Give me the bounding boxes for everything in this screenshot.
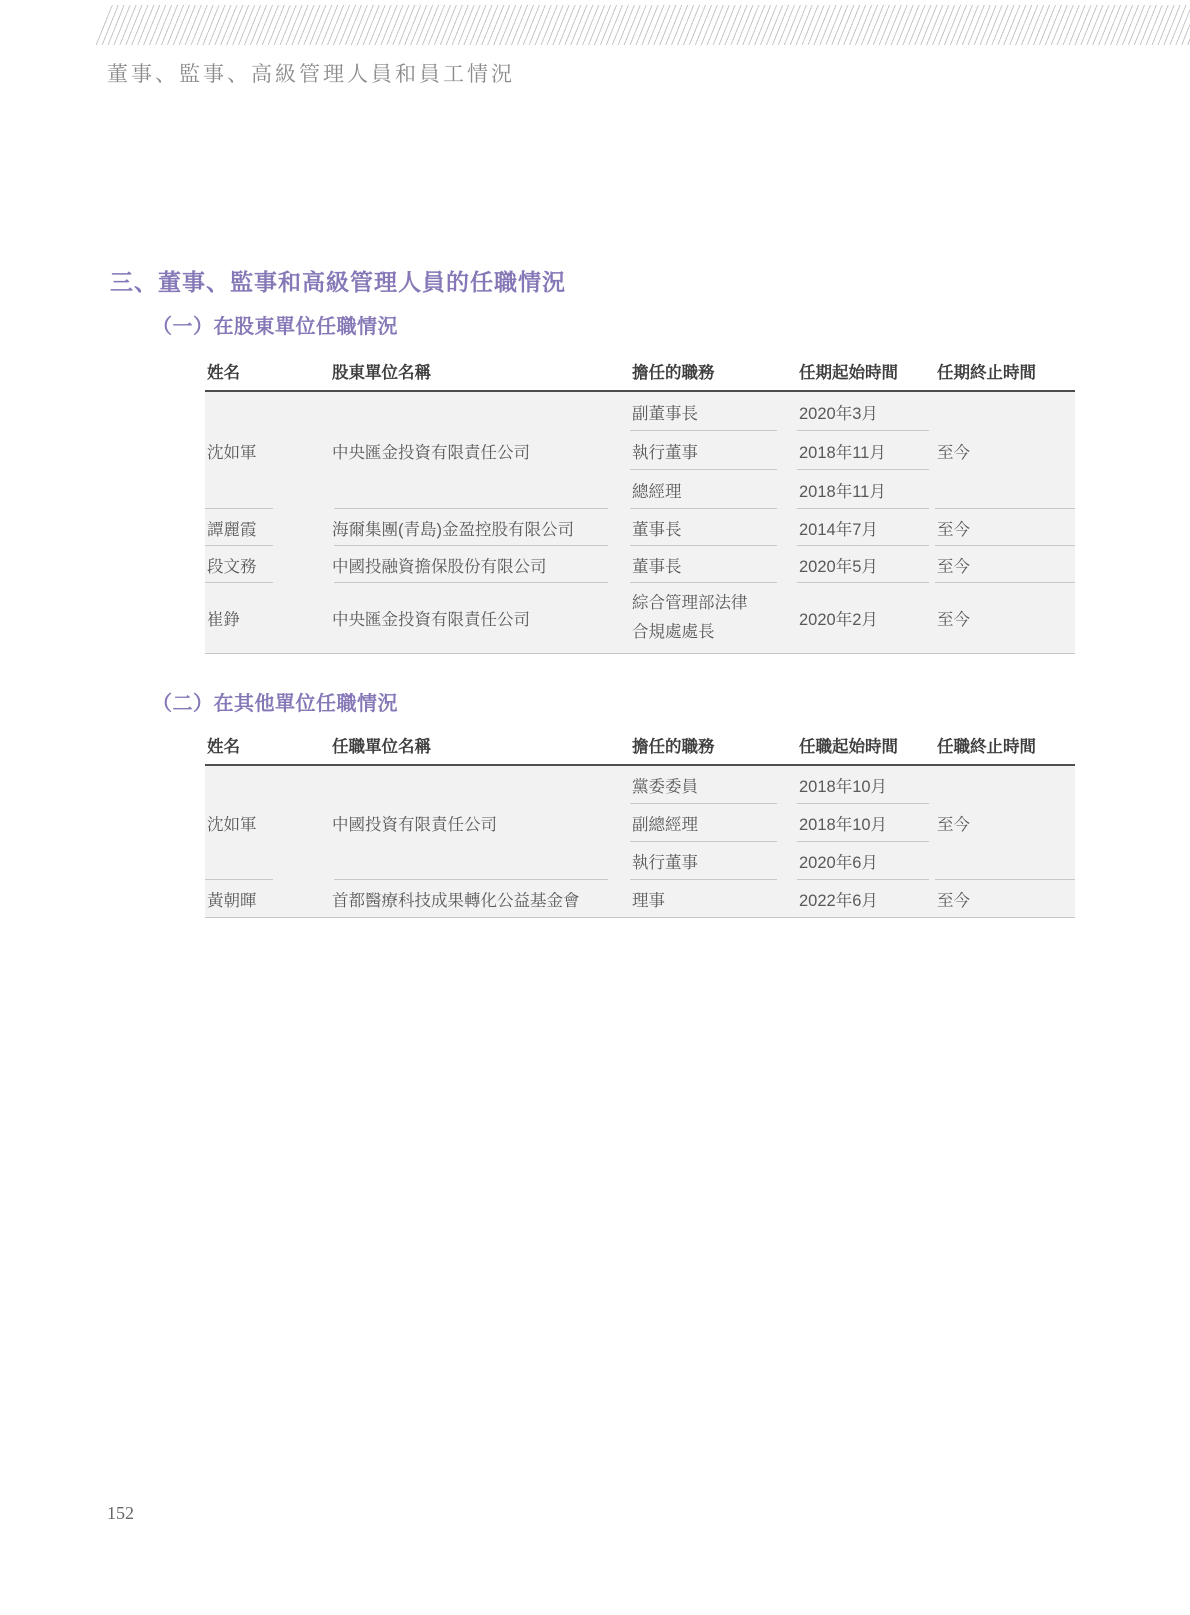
section-title: 三、董事、監事和高級管理人員的任職情況 <box>110 264 566 297</box>
position-subrow: 總經理 2018年11月 <box>630 470 935 509</box>
col-header-org: 任職單位名稱 <box>330 733 630 757</box>
person-name: 譚麗霞 <box>205 509 330 546</box>
position-title: 理事 <box>630 880 797 917</box>
person-name: 崔錚 <box>205 583 330 653</box>
col-header-end: 任期終止時間 <box>935 359 1075 383</box>
position-title: 副總經理 <box>630 804 797 842</box>
start-date: 2018年11月 <box>797 470 935 509</box>
position-list: 理事 2022年6月 <box>630 880 935 917</box>
other-positions-table: 姓名 任職單位名稱 擔任的職務 任職起始時間 任職終止時間 沈如軍 中國投資有限… <box>205 726 1075 918</box>
table-header-row: 姓名 任職單位名稱 擔任的職務 任職起始時間 任職終止時間 <box>205 726 1075 766</box>
end-date: 至今 <box>935 766 1075 880</box>
end-date: 至今 <box>935 392 1075 509</box>
person-name: 段文務 <box>205 546 330 583</box>
start-date: 2018年10月 <box>797 804 935 842</box>
position-list: 黨委委員 2018年10月 副總經理 2018年10月 執行董事 2020年6月 <box>630 766 935 880</box>
person-name: 黃朝暉 <box>205 880 330 917</box>
hatch-banner-decoration <box>94 5 1190 45</box>
position-title-text: 綜合管理部法律合規處處長 <box>632 589 754 647</box>
position-list: 董事長 2020年5月 <box>630 546 935 583</box>
org-name: 首都醫療科技成果轉化公益基金會 <box>330 880 630 917</box>
position-title: 總經理 <box>630 470 797 509</box>
table-row: 黃朝暉 首都醫療科技成果轉化公益基金會 理事 2022年6月 至今 <box>205 880 1075 917</box>
col-header-start: 任期起始時間 <box>797 359 935 383</box>
position-title: 董事長 <box>630 546 797 583</box>
end-date: 至今 <box>935 509 1075 546</box>
position-list: 副董事長 2020年3月 執行董事 2018年11月 總經理 2018年11月 <box>630 392 935 509</box>
col-header-start: 任職起始時間 <box>797 733 935 757</box>
position-title: 副董事長 <box>630 392 797 431</box>
position-subrow: 執行董事 2020年6月 <box>630 842 935 880</box>
start-date: 2022年6月 <box>797 880 935 917</box>
table-row: 沈如軍 中央匯金投資有限責任公司 副董事長 2020年3月 執行董事 2018年… <box>205 392 1075 509</box>
col-header-end: 任職終止時間 <box>935 733 1075 757</box>
position-title: 執行董事 <box>630 842 797 880</box>
start-date: 2020年6月 <box>797 842 935 880</box>
table1-subtitle: （一）在股東單位任職情況 <box>152 310 398 339</box>
table2-subtitle: （二）在其他單位任職情況 <box>152 687 398 716</box>
col-header-org: 股東單位名稱 <box>330 359 630 383</box>
report-page: 董事、監事、高級管理人員和員工情況 三、董事、監事和高級管理人員的任職情況 （一… <box>0 0 1190 1615</box>
start-date: 2020年3月 <box>797 392 935 431</box>
end-date: 至今 <box>935 583 1075 653</box>
chapter-header: 董事、監事、高級管理人員和員工情況 <box>107 58 515 88</box>
table-row: 崔錚 中央匯金投資有限責任公司 綜合管理部法律合規處處長 2020年2月 至今 <box>205 583 1075 653</box>
org-name: 中國投資有限責任公司 <box>330 766 630 880</box>
table-row: 沈如軍 中國投資有限責任公司 黨委委員 2018年10月 副總經理 2018年1… <box>205 766 1075 880</box>
org-name: 中國投融資擔保股份有限公司 <box>330 546 630 583</box>
position-subrow: 黨委委員 2018年10月 <box>630 766 935 804</box>
table-row: 段文務 中國投融資擔保股份有限公司 董事長 2020年5月 至今 <box>205 546 1075 583</box>
start-date: 2018年11月 <box>797 431 935 470</box>
table-row: 譚麗霞 海爾集團(青島)金盈控股有限公司 董事長 2014年7月 至今 <box>205 509 1075 546</box>
start-date: 2014年7月 <box>797 509 935 546</box>
org-name: 海爾集團(青島)金盈控股有限公司 <box>330 509 630 546</box>
position-title: 執行董事 <box>630 431 797 470</box>
position-subrow: 理事 2022年6月 <box>630 880 935 917</box>
col-header-position: 擔任的職務 <box>630 359 797 383</box>
person-name: 沈如軍 <box>205 392 330 509</box>
col-header-name: 姓名 <box>205 733 330 757</box>
page-number: 152 <box>107 1503 134 1524</box>
start-date: 2020年2月 <box>797 583 935 653</box>
shareholder-positions-table: 姓名 股東單位名稱 擔任的職務 任期起始時間 任期終止時間 沈如軍 中央匯金投資… <box>205 352 1075 654</box>
end-date: 至今 <box>935 880 1075 917</box>
col-header-name: 姓名 <box>205 359 330 383</box>
org-name: 中央匯金投資有限責任公司 <box>330 583 630 653</box>
position-title: 綜合管理部法律合規處處長 <box>630 583 797 653</box>
position-subrow: 副總經理 2018年10月 <box>630 804 935 842</box>
position-subrow: 董事長 2014年7月 <box>630 509 935 546</box>
table-body: 沈如軍 中央匯金投資有限責任公司 副董事長 2020年3月 執行董事 2018年… <box>205 392 1075 654</box>
position-subrow: 綜合管理部法律合規處處長 2020年2月 <box>630 583 935 653</box>
table-header-row: 姓名 股東單位名稱 擔任的職務 任期起始時間 任期終止時間 <box>205 352 1075 392</box>
table-body: 沈如軍 中國投資有限責任公司 黨委委員 2018年10月 副總經理 2018年1… <box>205 766 1075 918</box>
position-list: 董事長 2014年7月 <box>630 509 935 546</box>
start-date: 2018年10月 <box>797 766 935 804</box>
position-subrow: 副董事長 2020年3月 <box>630 392 935 431</box>
start-date: 2020年5月 <box>797 546 935 583</box>
end-date: 至今 <box>935 546 1075 583</box>
position-title: 董事長 <box>630 509 797 546</box>
col-header-position: 擔任的職務 <box>630 733 797 757</box>
position-subrow: 董事長 2020年5月 <box>630 546 935 583</box>
org-name: 中央匯金投資有限責任公司 <box>330 392 630 509</box>
position-list: 綜合管理部法律合規處處長 2020年2月 <box>630 583 935 653</box>
person-name: 沈如軍 <box>205 766 330 880</box>
position-subrow: 執行董事 2018年11月 <box>630 431 935 470</box>
position-title: 黨委委員 <box>630 766 797 804</box>
